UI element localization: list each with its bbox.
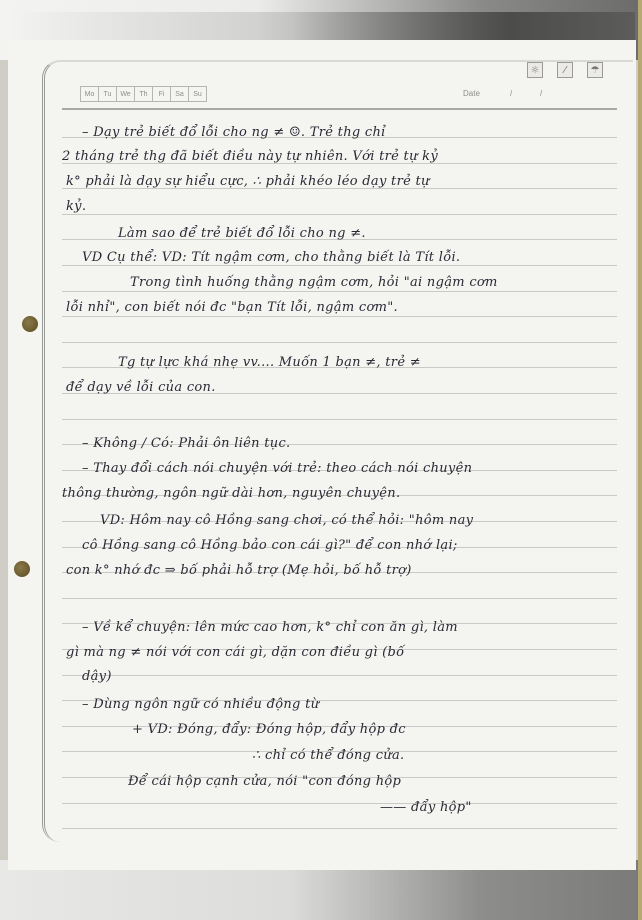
note-line: VD: Hôm nay cô Hồng sang chơi, có thể hỏ…: [100, 513, 473, 528]
date-label: Date: [463, 89, 480, 98]
ruled-line: [62, 342, 617, 343]
ruled-line: [62, 316, 617, 317]
note-line: – Dạy trẻ biết đổ lỗi cho ng ≠ ☺. Trẻ th…: [82, 125, 386, 140]
ruled-line: [62, 265, 617, 266]
binder-hole-upper: [22, 316, 38, 332]
ruled-line: [62, 675, 617, 676]
ruled-line: [62, 598, 617, 599]
note-line: – Về kể chuyện: lên mức cao hơn, k° chỉ …: [82, 620, 458, 635]
weekday-su: Su: [189, 87, 206, 101]
note-line: dậy): [82, 669, 112, 684]
note-line: – Thay đổi cách nói chuyện với trẻ: theo…: [82, 461, 472, 476]
note-line: lỗi nhỉ", con biết nói đc "bạn Tít lỗi, …: [66, 300, 398, 315]
weekday-sa: Sa: [171, 87, 189, 101]
note-line: kỷ.: [66, 199, 86, 214]
note-line: con k° nhớ đc ⇒ bố phải hỗ trợ (Mẹ hỏi, …: [66, 563, 412, 578]
ruled-line: [62, 828, 617, 829]
date-separator: /: [510, 89, 512, 98]
umbrella-icon: ☂: [587, 62, 603, 78]
note-line: cô Hồng sang cô Hồng bảo con cái gì?" để…: [82, 538, 458, 553]
binder-hole-lower: [14, 561, 30, 577]
note-line: + VD: Đóng, đẩy: Đóng hộp, đẩy hộp đc: [132, 722, 406, 737]
note-line: gì mà ng ≠ nói với con cái gì, dặn con đ…: [66, 645, 404, 660]
ruled-line: [62, 419, 617, 420]
weekday-th: Th: [135, 87, 153, 101]
table-edge: [638, 0, 642, 920]
sun-icon: ☼: [527, 62, 543, 78]
note-line: k° phải là dạy sự hiểu cực, ∴ phải khéo …: [66, 174, 430, 189]
weekday-mo: Mo: [81, 87, 99, 101]
note-line: Trong tình huống thằng ngậm cơm, hỏi "ai…: [130, 275, 498, 290]
header-rule: [62, 108, 617, 110]
note-line: ∴ chỉ có thể đóng cửa.: [252, 748, 404, 763]
note-line: thông thường, ngôn ngữ dài hơn, nguyên c…: [62, 486, 400, 501]
page-shadow-top: [10, 12, 635, 42]
note-line: —— đẩy hộp": [380, 800, 472, 815]
note-line: – Không / Có: Phải ôn liên tục.: [82, 436, 290, 451]
weekday-fi: Fi: [153, 87, 171, 101]
weekday-we: We: [117, 87, 135, 101]
note-line: 2 tháng trẻ thg đã biết điều này tự nhiê…: [62, 149, 438, 164]
note-line: – Dùng ngôn ngữ có nhiều động từ: [82, 697, 319, 712]
weekday-selector: Mo Tu We Th Fi Sa Su: [80, 86, 207, 102]
note-line: Để cái hộp cạnh cửa, nói "con đóng hộp: [128, 774, 401, 789]
note-line: Làm sao để trẻ biết đổ lỗi cho ng ≠.: [118, 226, 366, 241]
ruled-line: [62, 214, 617, 215]
cloud-icon: ⁄: [557, 62, 573, 78]
weather-icons: ☼ ⁄ ☂: [527, 62, 603, 78]
weekday-tu: Tu: [99, 87, 117, 101]
ruled-line: [62, 291, 617, 292]
note-line: để dạy về lỗi của con.: [66, 380, 216, 395]
date-separator: /: [540, 89, 542, 98]
note-line: VD Cụ thể: VD: Tít ngậm cơm, cho thằng b…: [82, 250, 460, 265]
note-line: Tg tự lực khá nhẹ vv.... Muốn 1 bạn ≠, t…: [118, 355, 421, 370]
ruled-line: [62, 803, 617, 804]
